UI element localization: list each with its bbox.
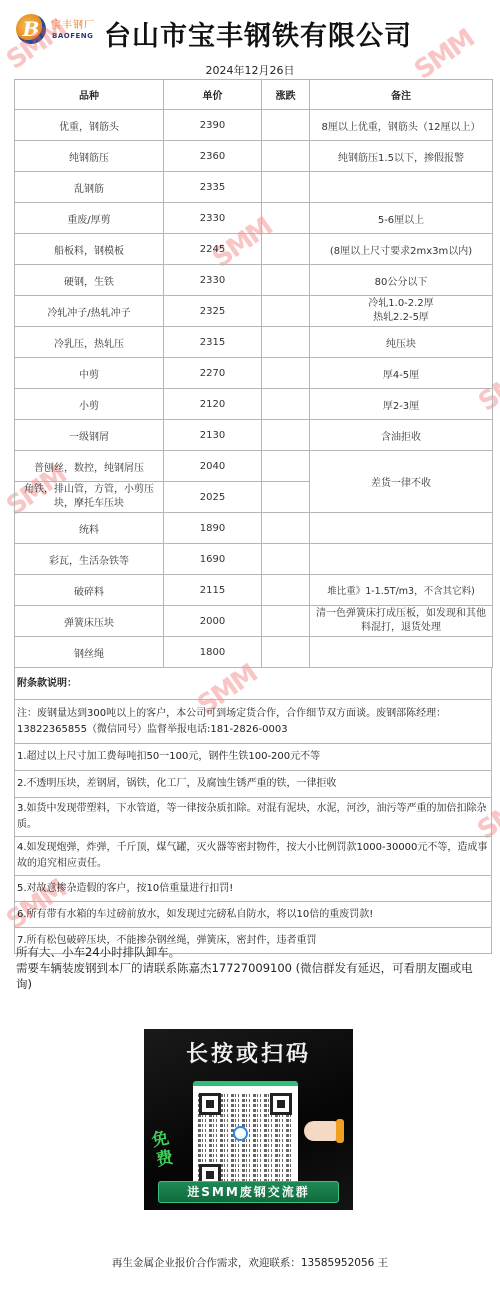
item-name: 彩瓦，生活杂铁等	[15, 544, 164, 575]
item-change	[262, 482, 310, 513]
terms-item: 5.对故意掺杂造假的客户，按10倍重量进行扣罚!	[15, 876, 492, 902]
item-name: 船板料，钢模板	[15, 234, 164, 265]
item-name: 乱钢筋	[15, 172, 164, 203]
item-remark: 清一色弹簧床打成压板，如发现和其他料混打，退货处理	[310, 606, 493, 637]
item-change	[262, 327, 310, 358]
table-row: 中剪 2270 厚4-5厘	[15, 358, 493, 389]
item-name: 冷乳压，热轧压	[15, 327, 164, 358]
table-header-row: 品种 单价 涨跌 备注	[15, 80, 493, 110]
item-remark	[310, 513, 493, 544]
pointing-hand-icon	[304, 1121, 338, 1141]
terms-table: 附条款说明： 注：废钢量达到300吨以上的客户，本公司可到场定货合作，合作细节双…	[14, 667, 492, 954]
free-label: 免费	[150, 1127, 178, 1170]
promo-title: 长按或扫码	[144, 1037, 353, 1068]
terms-item: 2.不透明压块，差钢屑，锅铁，化工厂，及腐蚀生锈严重的铁，一律拒收	[15, 771, 492, 798]
item-name: 优重，钢筋头	[15, 110, 164, 141]
item-price: 2000	[164, 606, 262, 637]
smm-group-promo[interactable]: 长按或扫码 免费 进SMM废钢交流群	[144, 1029, 353, 1210]
item-name: 中剪	[15, 358, 164, 389]
table-row: 冷乳压，热轧压 2315 纯压块	[15, 327, 493, 358]
item-change	[262, 420, 310, 451]
column-header-remark: 备注	[310, 80, 493, 110]
item-remark	[310, 544, 493, 575]
unloading-notice: 所有大、小车24小时排队卸车。	[16, 944, 486, 960]
item-remark: 5-6厘以上	[310, 203, 493, 234]
item-price: 1800	[164, 637, 262, 668]
terms-item: 4.如发现炮弹，炸弹，千斤顶，煤气罐，灭火器等密封物件，按大小比例罚款1000-…	[15, 837, 492, 876]
item-price: 1890	[164, 513, 262, 544]
item-name: 纯钢筋压	[15, 141, 164, 172]
item-name: 一级钢屑	[15, 420, 164, 451]
column-header-change: 涨跌	[262, 80, 310, 110]
join-group-banner[interactable]: 进SMM废钢交流群	[158, 1181, 339, 1203]
qr-finder-icon	[199, 1093, 221, 1115]
item-price: 2315	[164, 327, 262, 358]
terms-item: 3.如货中发现带塑料，下水管道，等一律按杂质扣除。对混有泥块，水泥，河沙，油污等…	[15, 798, 492, 837]
item-remark: 8厘以上优重，钢筋头（12厘以上）	[310, 110, 493, 141]
item-change	[262, 451, 310, 482]
report-date: 2024年12月26日	[0, 62, 500, 78]
item-change	[262, 575, 310, 606]
column-header-name: 品种	[15, 80, 164, 110]
item-price: 2335	[164, 172, 262, 203]
table-row: 彩瓦，生活杂铁等 1690	[15, 544, 493, 575]
item-name: 小剪	[15, 389, 164, 420]
item-change	[262, 110, 310, 141]
item-remark: 含油拒收	[310, 420, 493, 451]
page-header: B 宝丰钢厂 BAOFENG 台山市宝丰钢铁有限公司	[0, 0, 500, 56]
table-row: 冷轧冲子/热轧冲子 2325 冷轧1.0-2.2厚 热轧2.2-5厚	[15, 296, 493, 327]
table-row: 钢丝绳 1800	[15, 637, 493, 668]
item-name: 统料	[15, 513, 164, 544]
item-remark: (8厘以上尺寸要求2mx3m以内)	[310, 234, 493, 265]
item-remark: 纯压块	[310, 327, 493, 358]
item-name: 钢丝绳	[15, 637, 164, 668]
wechat-work-icon	[233, 1126, 248, 1141]
item-price: 2040	[164, 451, 262, 482]
table-row: 一级钢屑 2130 含油拒收	[15, 420, 493, 451]
column-header-price: 单价	[164, 80, 262, 110]
table-row: 弹簧床压块 2000 清一色弹簧床打成压板，如发现和其他料混打，退货处理	[15, 606, 493, 637]
item-name: 角铁，排山管，方管，小剪压块，摩托车压块	[15, 482, 164, 513]
item-remark-merged: 差货一律不收	[310, 451, 493, 513]
item-price: 2270	[164, 358, 262, 389]
item-name: 冷轧冲子/热轧冲子	[15, 296, 164, 327]
item-price: 2245	[164, 234, 262, 265]
logo-en-text: BAOFENG	[52, 32, 93, 40]
item-change	[262, 606, 310, 637]
table-row: 统料 1890	[15, 513, 493, 544]
qr-code-frame	[193, 1081, 298, 1197]
item-change	[262, 141, 310, 172]
item-price: 2330	[164, 203, 262, 234]
table-row: 普刨丝，数控，纯钢屑压 2040 差货一律不收	[15, 451, 493, 482]
item-remark: 纯钢筋压1.5以下，掺假报警	[310, 141, 493, 172]
item-name: 破碎料	[15, 575, 164, 606]
item-price: 2390	[164, 110, 262, 141]
qr-finder-icon	[270, 1093, 292, 1115]
terms-item: 1.超过以上尺寸加工费每吨扣50一100元，钢件生铁100-200元不等	[15, 744, 492, 771]
item-change	[262, 389, 310, 420]
table-row: 船板料，钢模板 2245 (8厘以上尺寸要求2mx3m以内)	[15, 234, 493, 265]
item-remark: 厚2-3厘	[310, 389, 493, 420]
item-price: 2130	[164, 420, 262, 451]
item-price: 2360	[164, 141, 262, 172]
item-change	[262, 203, 310, 234]
item-change	[262, 358, 310, 389]
baofeng-logo-icon: B	[16, 14, 46, 44]
item-remark: 厚4-5厘	[310, 358, 493, 389]
table-row: 小剪 2120 厚2-3厘	[15, 389, 493, 420]
item-price: 2325	[164, 296, 262, 327]
contact-notice: 需要车辆装废钢到本厂的请联系陈嘉杰17727009100 (微信群发有延迟，可看…	[16, 960, 486, 992]
table-row: 硬钢，生铁 2330 80公分以下	[15, 265, 493, 296]
item-remark: 堆比重》1-1.5T/m3，不含其它料)	[310, 575, 493, 606]
item-change	[262, 637, 310, 668]
bottom-contact: 再生金属企业报价合作需求，欢迎联系：13585952056 王	[0, 1255, 500, 1270]
logo-letter: B	[16, 14, 46, 44]
item-change	[262, 544, 310, 575]
item-name: 硬钢，生铁	[15, 265, 164, 296]
table-row: 破碎料 2115 堆比重》1-1.5T/m3，不含其它料)	[15, 575, 493, 606]
price-table: 品种 单价 涨跌 备注 优重，钢筋头 2390 8厘以上优重，钢筋头（12厘以上…	[14, 79, 493, 668]
terms-title: 附条款说明：	[15, 668, 492, 700]
table-row: 优重，钢筋头 2390 8厘以上优重，钢筋头（12厘以上）	[15, 110, 493, 141]
terms-item: 6.所有带有水箱的车过磅前放水，如发现过完磅私自防水，将以10倍的重废罚款!	[15, 902, 492, 928]
item-price: 2330	[164, 265, 262, 296]
item-price: 2025	[164, 482, 262, 513]
table-row: 重废/厚剪 2330 5-6厘以上	[15, 203, 493, 234]
item-change	[262, 296, 310, 327]
footer-notice: 所有大、小车24小时排队卸车。 需要车辆装废钢到本厂的请联系陈嘉杰1772700…	[16, 944, 486, 992]
item-name: 弹簧床压块	[15, 606, 164, 637]
item-change	[262, 265, 310, 296]
logo-cn-text: 宝丰钢厂	[51, 16, 95, 31]
item-name: 重废/厚剪	[15, 203, 164, 234]
item-price: 1690	[164, 544, 262, 575]
table-row: 乱钢筋 2335	[15, 172, 493, 203]
item-change	[262, 172, 310, 203]
company-name: 台山市宝丰钢铁有限公司	[104, 14, 412, 53]
item-remark	[310, 637, 493, 668]
terms-note: 注：废钢量达到300吨以上的客户，本公司可到场定货合作，合作细节双方面谈。废钢部…	[15, 700, 492, 744]
item-remark: 80公分以下	[310, 265, 493, 296]
item-price: 2120	[164, 389, 262, 420]
item-remark	[310, 172, 493, 203]
item-change	[262, 234, 310, 265]
item-price: 2115	[164, 575, 262, 606]
table-row: 纯钢筋压 2360 纯钢筋压1.5以下，掺假报警	[15, 141, 493, 172]
item-name: 普刨丝，数控，纯钢屑压	[15, 451, 164, 482]
item-change	[262, 513, 310, 544]
item-remark: 冷轧1.0-2.2厚 热轧2.2-5厚	[310, 296, 493, 327]
